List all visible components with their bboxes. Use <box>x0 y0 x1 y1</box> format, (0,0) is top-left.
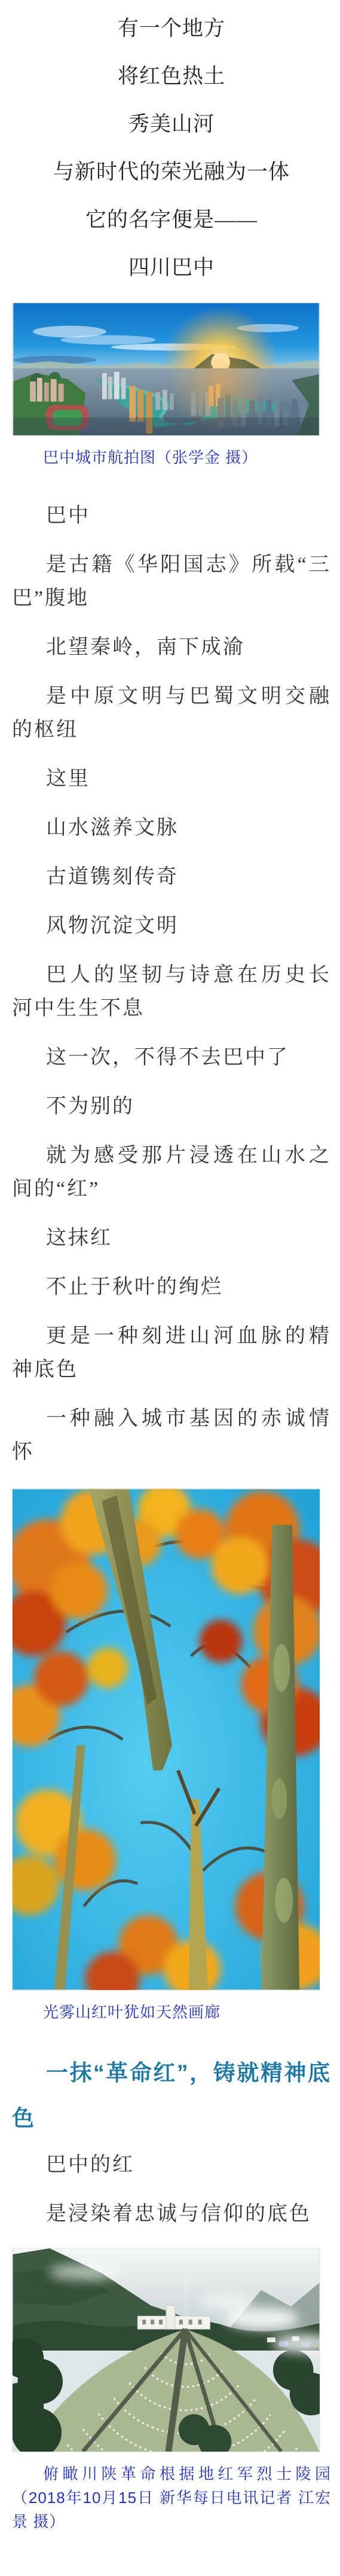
paragraph: 是浸染着忠诚与信仰的底色 <box>12 2197 331 2231</box>
paragraph: 不为别的 <box>12 1090 331 1124</box>
figure-caption: 巴中城市航拍图（张学金 摄） <box>12 445 331 469</box>
poem-line: 它的名字便是—— <box>12 207 331 233</box>
caption-text: 俯瞰川陕革命根据地红军烈士陵园（2018年10月15日 新华每日电讯记者 江宏景… <box>12 2462 331 2534</box>
intro-poem: 有一个地方 将红色热土 秀美山河 与新时代的荣光融为一体 它的名字便是—— 四川… <box>12 16 331 281</box>
guangwu-mountain-red-leaves-photo[interactable] <box>12 1488 320 1991</box>
caption-text: 巴中城市航拍图（张学金 摄） <box>12 445 331 469</box>
section-heading: 一抹“革命红”，铸就精神底色 <box>12 2050 331 2141</box>
paragraph: 这一次，不得不去巴中了 <box>12 1041 331 1075</box>
paragraph: 一种融入城市基因的赤诚情怀 <box>12 1402 331 1469</box>
poem-line: 将红色热土 <box>12 63 331 90</box>
bazhong-city-aerial-photo[interactable] <box>12 303 320 436</box>
caption-text: 光雾山红叶犹如天然画廊 <box>12 2000 331 2024</box>
poem-line: 与新时代的荣光融为一体 <box>12 159 331 185</box>
article-body-2: 巴中的红 是浸染着忠诚与信仰的底色 <box>12 2148 331 2231</box>
paragraph: 这抹红 <box>12 1222 331 1255</box>
paragraph: 这里 <box>12 762 331 796</box>
article-page: 有一个地方 将红色热土 秀美山河 与新时代的荣光融为一体 它的名字便是—— 四川… <box>0 0 340 2557</box>
paragraph: 是古籍《华阳国志》所载“三巴”腹地 <box>12 548 331 615</box>
paragraph: 山水滋养文脉 <box>12 811 331 845</box>
figure-caption: 光雾山红叶犹如天然画廊 <box>12 2000 331 2024</box>
paragraph: 古道镌刻传奇 <box>12 860 331 894</box>
poem-line: 有一个地方 <box>12 16 331 42</box>
paragraph: 风物沉淀文明 <box>12 909 331 943</box>
figure-red-leaves: 光雾山红叶犹如天然画廊 <box>12 1488 331 2024</box>
red-army-martyrs-cemetery-photo[interactable] <box>12 2248 320 2452</box>
figure-city-aerial: 巴中城市航拍图（张学金 摄） <box>12 303 331 469</box>
paragraph: 更是一种刻进山河血脉的精神底色 <box>12 1320 331 1387</box>
poem-line: 四川巴中 <box>12 255 331 281</box>
poem-line: 秀美山河 <box>12 111 331 138</box>
paragraph: 巴中 <box>12 499 331 533</box>
figure-caption: 俯瞰川陕革命根据地红军烈士陵园（2018年10月15日 新华每日电讯记者 江宏景… <box>12 2462 331 2534</box>
figure-martyrs-cemetery: 俯瞰川陕革命根据地红军烈士陵园（2018年10月15日 新华每日电讯记者 江宏景… <box>12 2248 331 2534</box>
paragraph: 巴中的红 <box>12 2148 331 2182</box>
paragraph: 不止于秋叶的绚烂 <box>12 1271 331 1304</box>
article-body-1: 巴中 是古籍《华阳国志》所载“三巴”腹地 北望秦岭，南下成渝 是中原文明与巴蜀文… <box>12 499 331 1469</box>
paragraph: 北望秦岭，南下成渝 <box>12 631 331 664</box>
paragraph: 就为感受那片浸透在山水之间的“红” <box>12 1139 331 1206</box>
paragraph: 是中原文明与巴蜀文明交融的枢纽 <box>12 680 331 747</box>
paragraph: 巴人的坚韧与诗意在历史长河中生生不息 <box>12 959 331 1025</box>
